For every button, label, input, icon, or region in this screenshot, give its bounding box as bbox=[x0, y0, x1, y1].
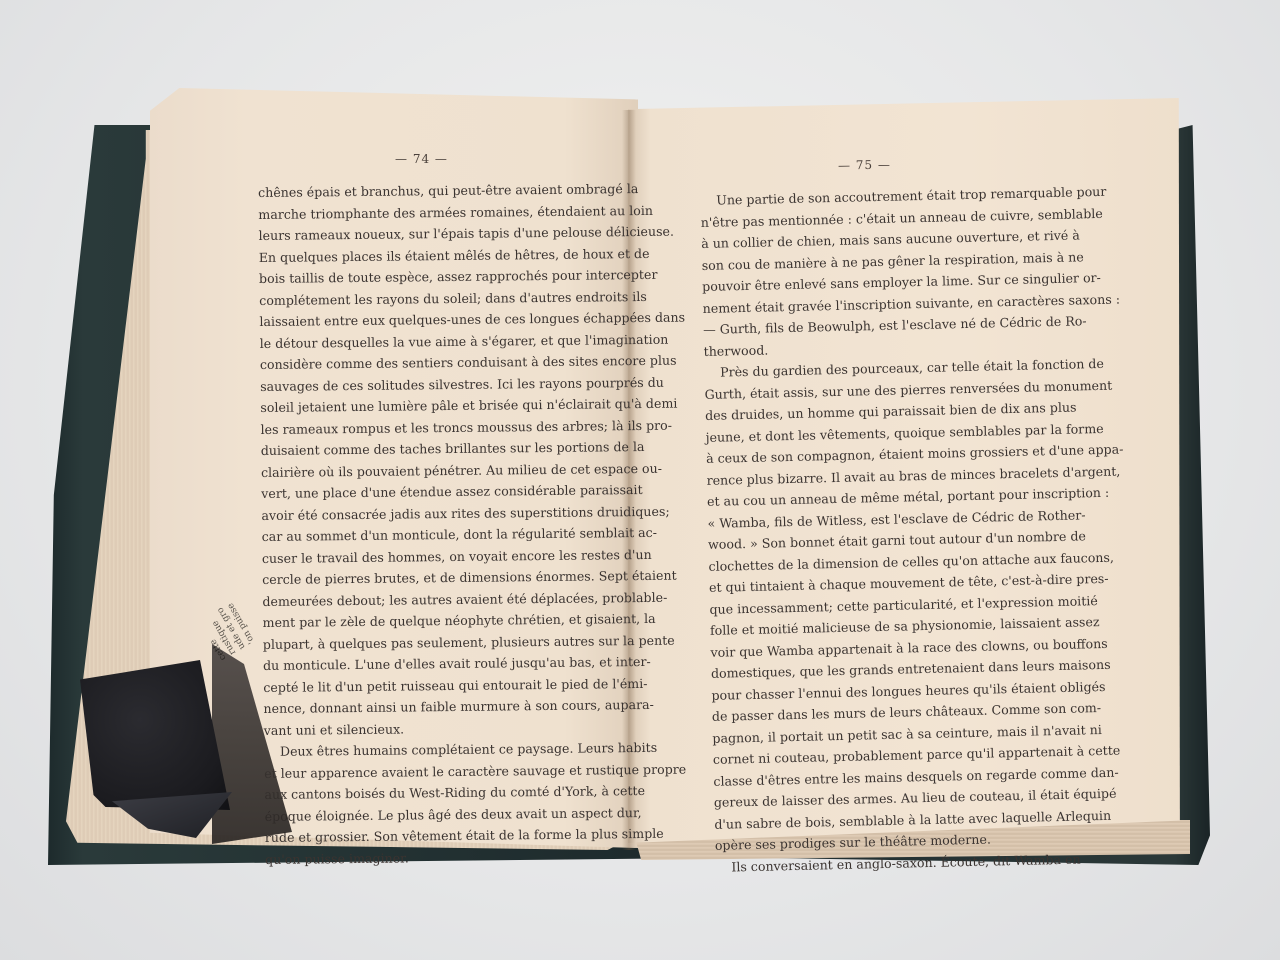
left-page-number: — 74 — bbox=[395, 152, 448, 166]
text-line: car au sommet d'un monticule, dont la ré… bbox=[262, 523, 574, 548]
cube-side-face bbox=[212, 644, 292, 844]
text-line: rude et grossier. Son vêtement était de … bbox=[265, 824, 577, 849]
text-line: nence, donnant ainsi un faible murmure à… bbox=[263, 695, 575, 720]
text-line: chênes épais et branchus, qui peut-être … bbox=[258, 179, 570, 204]
text-line: qu'on puisse imaginer. bbox=[265, 845, 577, 870]
text-line: soleil jetaient une lumière pâle et bris… bbox=[260, 394, 572, 419]
right-page-number: — 75 — bbox=[838, 158, 891, 173]
cube-paperweight: cette rustique ude et gro 'on puisse bbox=[72, 632, 292, 832]
text-line: ment par le zèle de quelque néophyte chr… bbox=[263, 609, 575, 634]
right-page-body: Une partie de son accoutrement était tro… bbox=[700, 183, 1046, 878]
book-gutter bbox=[622, 110, 636, 850]
text-line: aux cantons boisés du West-Riding du com… bbox=[264, 781, 576, 806]
text-line: vert, une place d'une étendue assez cons… bbox=[261, 480, 573, 505]
text-line: du monticule. L'une d'elles avait roulé … bbox=[263, 652, 575, 677]
text-line: Deux êtres humains complétaient ce paysa… bbox=[264, 738, 576, 763]
left-page-body: chênes épais et branchus, qui peut-être … bbox=[258, 179, 577, 870]
cube-front-face bbox=[80, 660, 230, 810]
text-line: considère comme des sentiers conduisant … bbox=[260, 351, 572, 376]
text-line: leurs rameaux noueux, sur l'épais tapis … bbox=[258, 222, 570, 247]
text-line: cercle de pierres brutes, et de dimensio… bbox=[262, 566, 574, 591]
text-line: duisaient comme des taches brillantes su… bbox=[261, 437, 573, 462]
text-line: laissaient entre eux quelques-unes de ce… bbox=[259, 308, 571, 333]
text-line: bois taillis de toute espèce, assez rapp… bbox=[259, 265, 571, 290]
